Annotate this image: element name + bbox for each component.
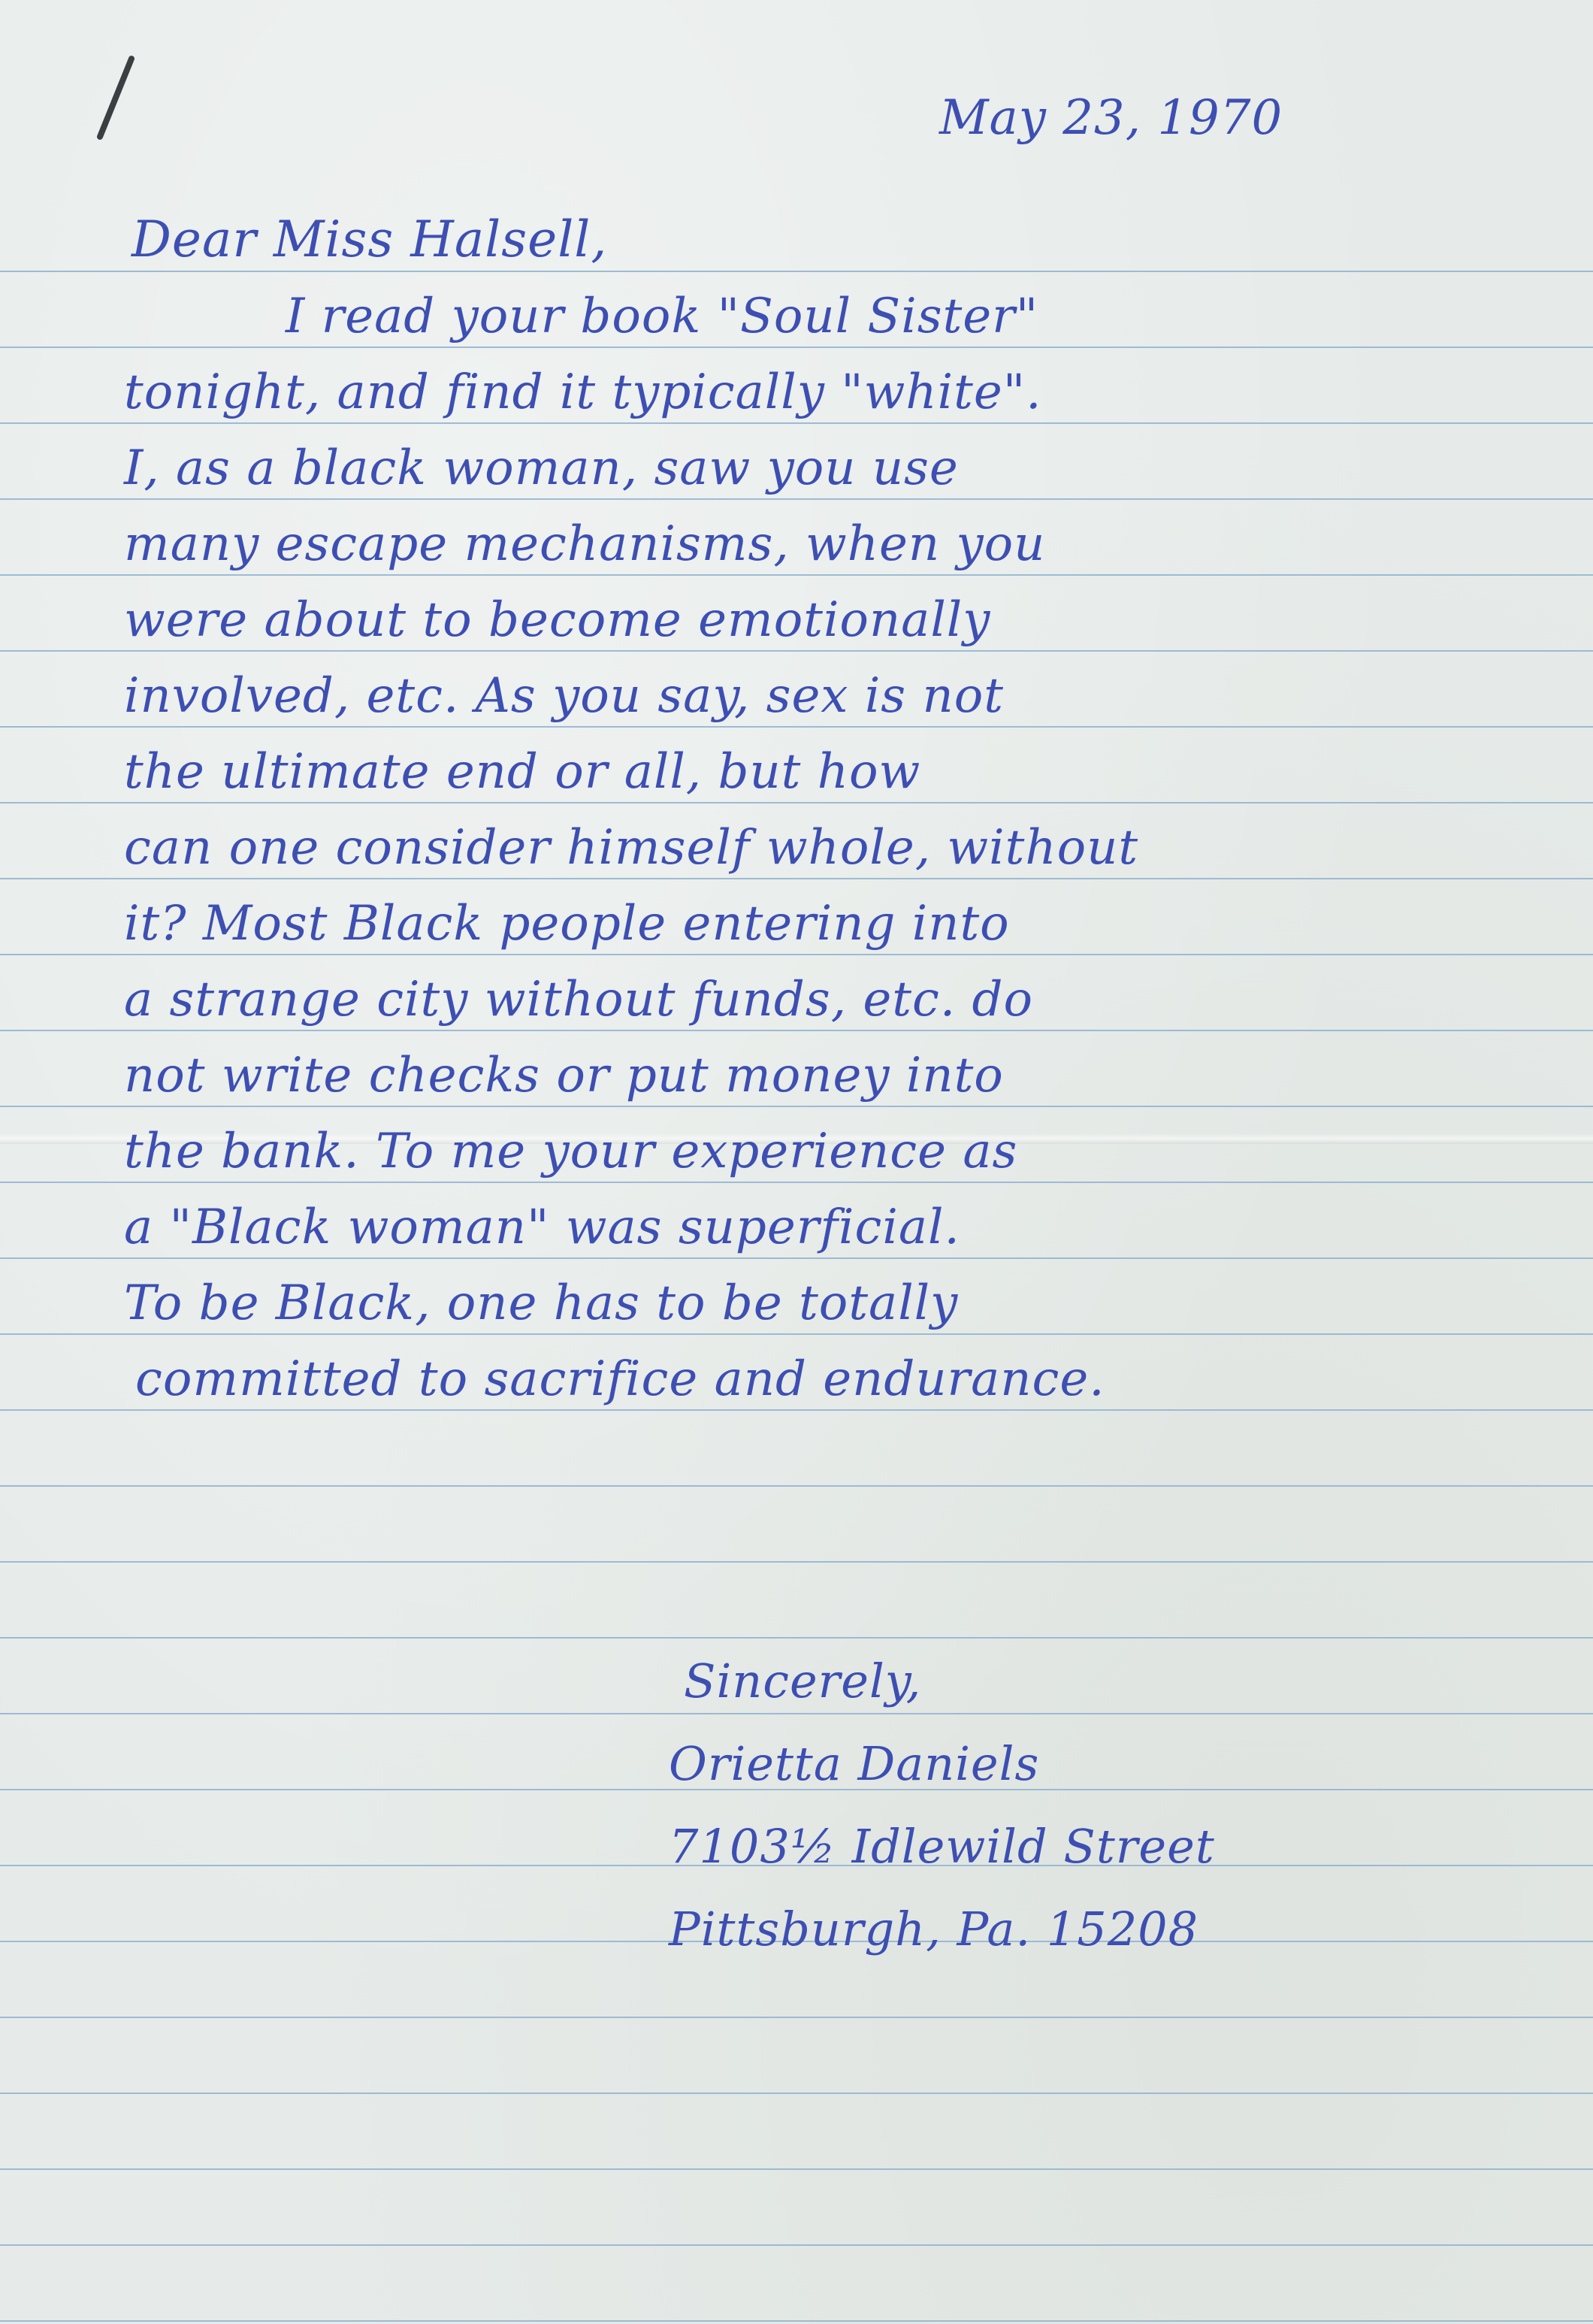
- body-line: a "Black woman" was superficial.: [124, 1200, 960, 1255]
- salutation: Dear Miss Halsell,: [131, 210, 607, 268]
- ruled-line: [0, 1713, 1593, 1714]
- ruled-line: [0, 650, 1593, 652]
- body-line: were about to become emotionally: [124, 592, 990, 648]
- ruled-line: [0, 954, 1593, 955]
- ruled-line: [0, 2168, 1593, 2170]
- closing: Sincerely,: [684, 1654, 921, 1708]
- body-line: can one consider himself whole, without: [124, 820, 1138, 876]
- ruled-line: [0, 422, 1593, 424]
- body-line: involved, etc. As you say, sex is not: [124, 668, 1004, 724]
- address-street: 7103½ Idlewild Street: [669, 1819, 1215, 1874]
- body-line: tonight, and find it typically "white".: [124, 365, 1041, 420]
- address-city: Pittsburgh, Pa. 15208: [669, 1902, 1199, 1956]
- ruled-line: [0, 878, 1593, 879]
- ruled-line: [0, 1106, 1593, 1107]
- ruled-line: [0, 1333, 1593, 1335]
- ruled-line: [0, 802, 1593, 803]
- letter-date: May 23, 1970: [939, 90, 1283, 146]
- ruled-line: [0, 346, 1593, 348]
- body-line: it? Most Black people entering into: [124, 896, 1010, 952]
- ruled-line: [0, 1637, 1593, 1639]
- ruled-line: [0, 2017, 1593, 2018]
- ruled-line: [0, 2320, 1593, 2322]
- body-line: committed to sacrifice and endurance.: [135, 1351, 1105, 1407]
- ruled-line: [0, 2093, 1593, 2094]
- ruled-line: [0, 271, 1593, 272]
- ruled-line: [0, 2244, 1593, 2246]
- ruled-line: [0, 1182, 1593, 1183]
- ruled-line: [0, 1409, 1593, 1411]
- body-line: the ultimate end or all, but how: [124, 744, 920, 800]
- body-line: a strange city without funds, etc. do: [124, 972, 1033, 1027]
- ruled-line: [0, 574, 1593, 576]
- body-line: I read your book "Soul Sister": [286, 289, 1038, 344]
- ruled-line: [0, 1561, 1593, 1563]
- body-line: I, as a black woman, saw you use: [124, 440, 959, 496]
- body-line: not write checks or put money into: [124, 1048, 1004, 1103]
- ruled-line: [0, 1485, 1593, 1487]
- ruled-line: [0, 1030, 1593, 1031]
- ruled-line: [0, 498, 1593, 500]
- signature-name: Orietta Daniels: [669, 1736, 1039, 1791]
- body-line: To be Black, one has to be totally: [124, 1275, 958, 1331]
- ruled-line: [0, 1257, 1593, 1259]
- body-line: the bank. To me your experience as: [124, 1124, 1017, 1179]
- body-line: many escape mechanisms, when you: [124, 516, 1045, 572]
- ruled-line: [0, 726, 1593, 728]
